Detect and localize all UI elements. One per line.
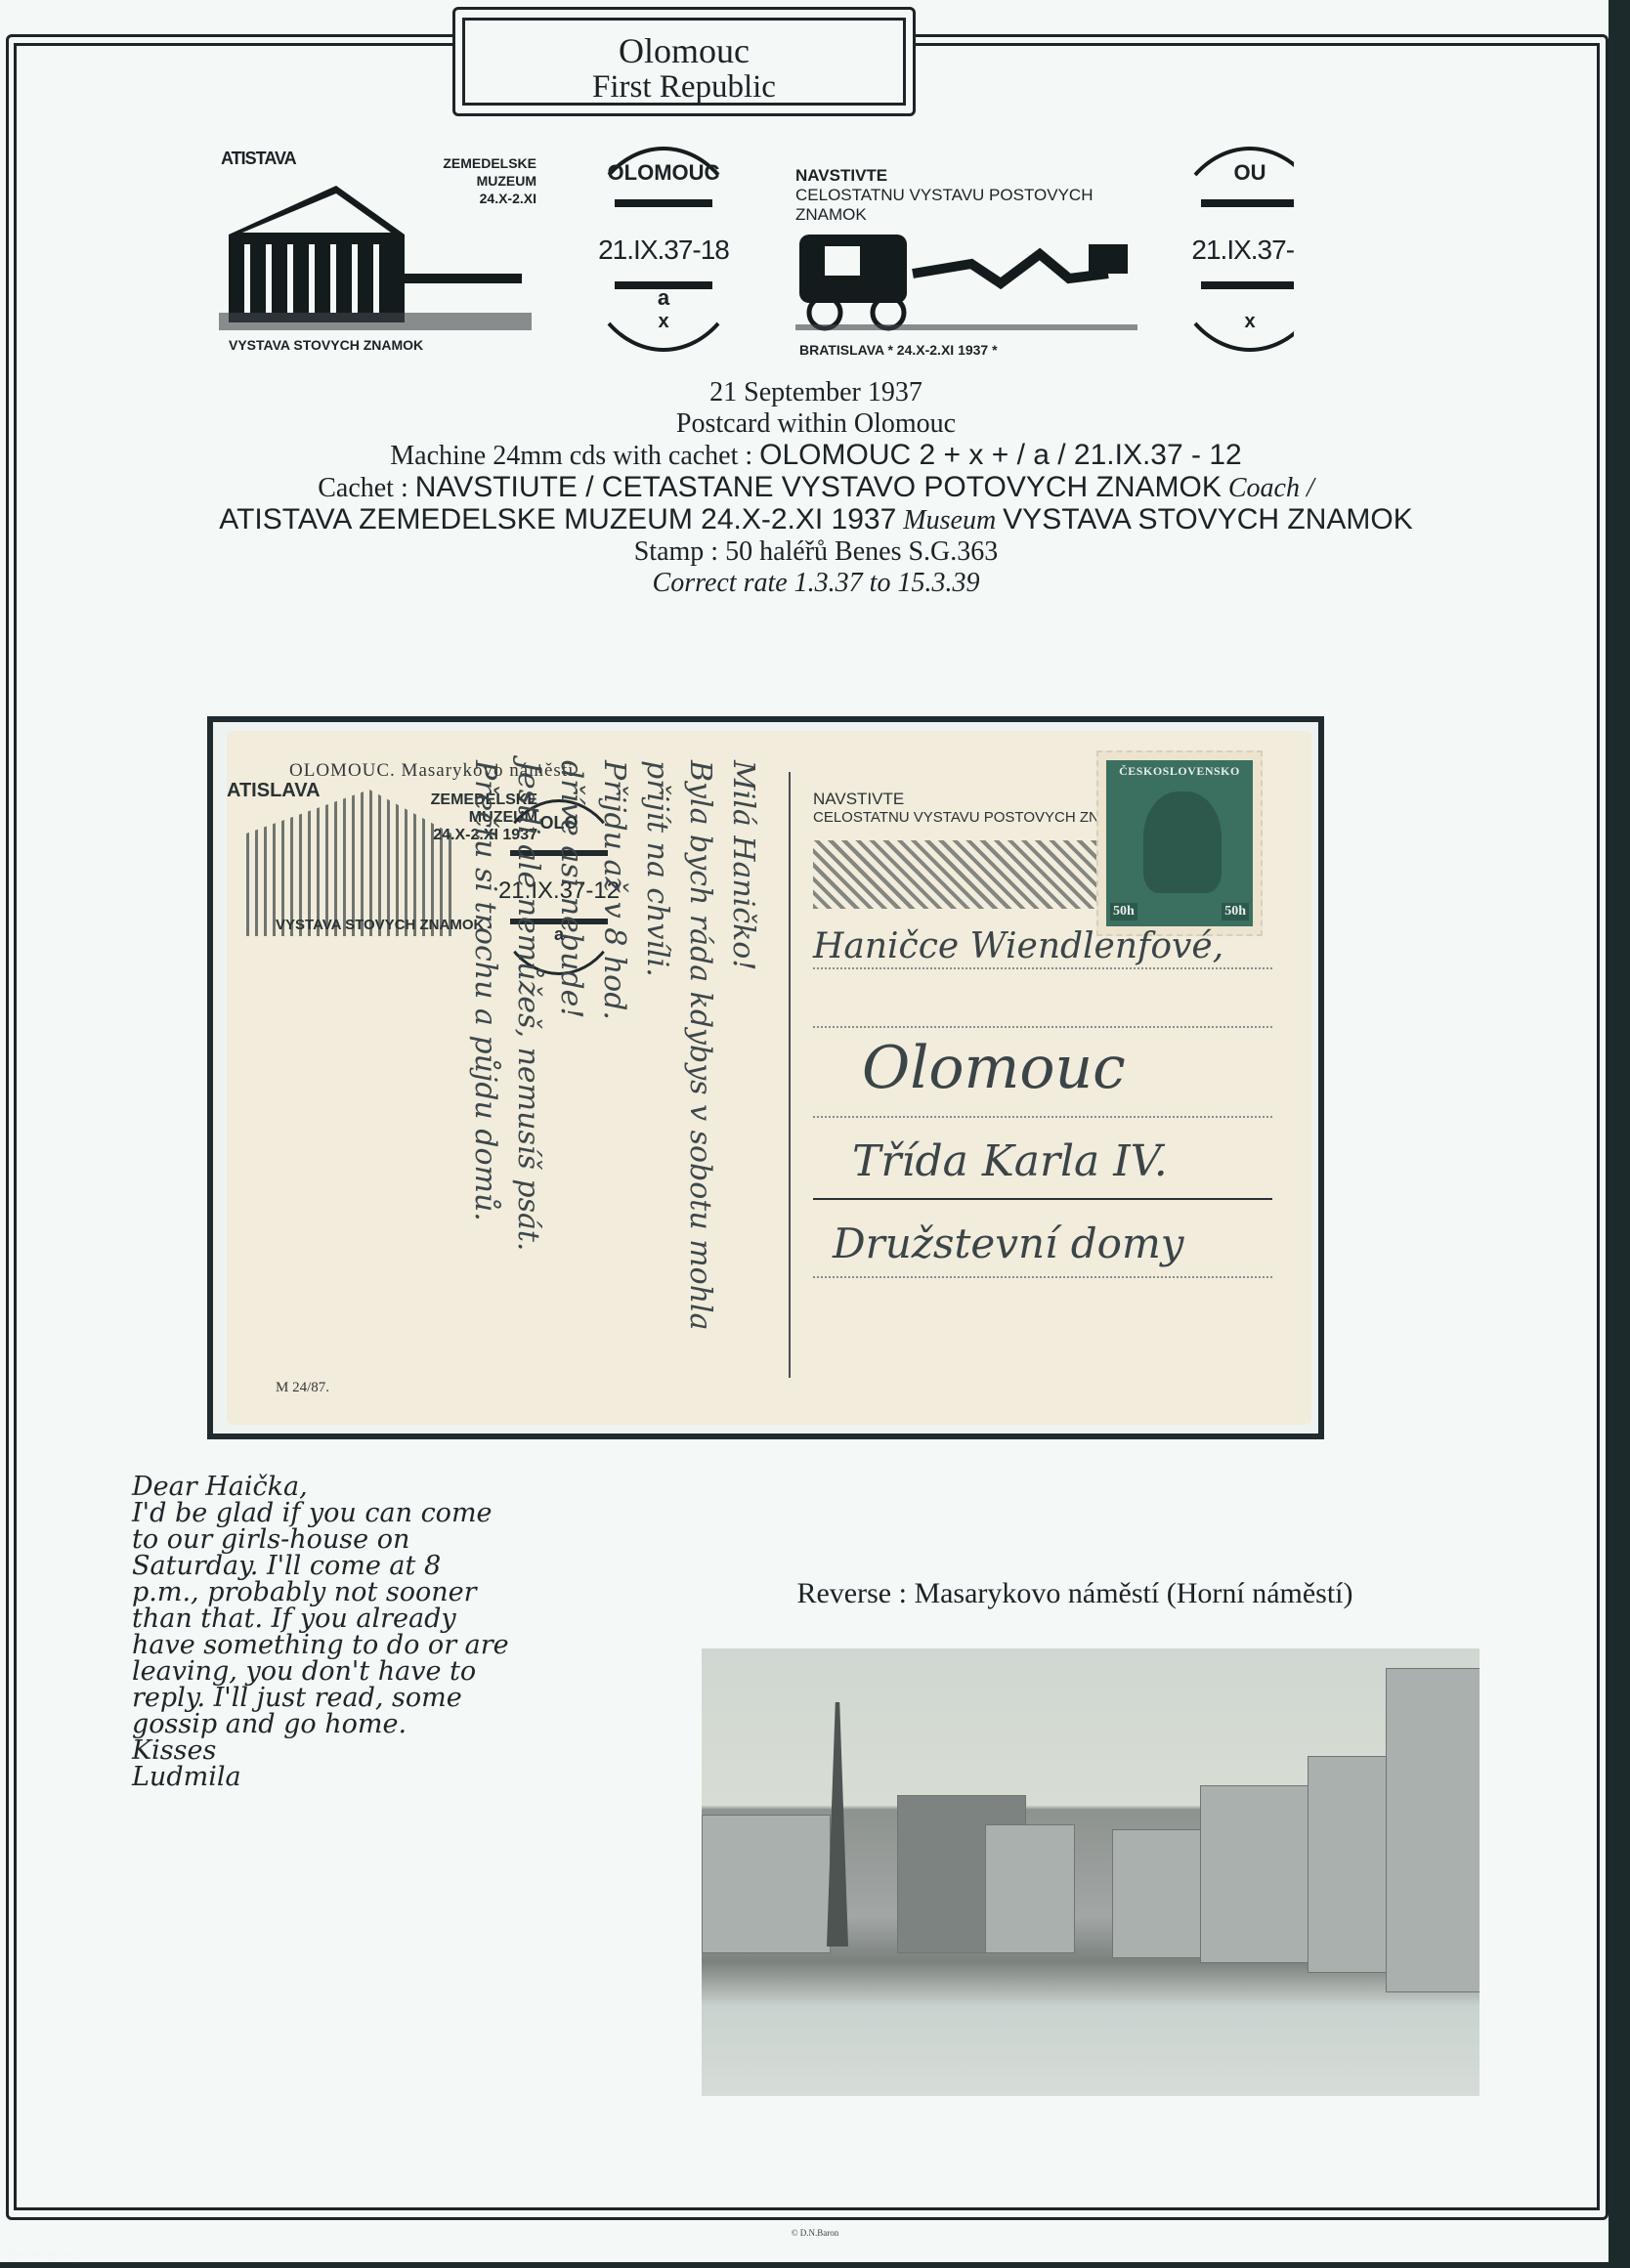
reverse-view-photo: [702, 1648, 1480, 2096]
address-divider: [789, 772, 791, 1378]
postmark-strip: ATISTAVA ZEMEDELSKE MUZEUM 24.X-2.XI VYS…: [209, 137, 1323, 371]
benes-portrait-icon: [1143, 792, 1222, 893]
postage-stamp: ČESKOSLOVENSKO 50h 50h: [1096, 750, 1263, 936]
museum-building-icon: [219, 176, 532, 332]
address-city: Olomouc: [862, 1034, 1126, 1102]
coach-cachet-line2: CELOSTATNU VYSTAVU POSTOVYCH ZNAMOK: [813, 809, 1142, 826]
message-translation: Dear Haička, I'd be glad if you can come…: [132, 1474, 679, 1790]
handwritten-message: Milá Haničko! Byla bych ráda kdybys v so…: [236, 760, 764, 1395]
museum-cachet-bottom-text: VYSTAVA STOVYCH ZNAMOK: [229, 337, 423, 353]
rate-line: Correct rate 1.3.37 to 15.3.39: [39, 568, 1593, 599]
date-line: 21 September 1937: [39, 377, 1593, 408]
scanner-edge: [1609, 0, 1630, 2268]
copyright: © D.N.Baron: [0, 2228, 1630, 2238]
coach-cachet-line1: NAVSTIVTE: [813, 790, 904, 809]
reverse-caption: Reverse : Masarykovo náměstí (Horní námě…: [684, 1577, 1466, 1610]
watermark: Derek Baron: [8, 2247, 85, 2263]
cachet-line: Cachet : NAVSTIUTE / CETASTANE VYSTAVO P…: [39, 472, 1593, 536]
cds-postmark-2: OU 21.IX.37-1 x: [1167, 137, 1294, 362]
address-street: Třída Karla IV.: [852, 1136, 1168, 1186]
printed-reference: M 24/87.: [276, 1380, 329, 1396]
title-box: Olomouc First Republic: [452, 7, 916, 116]
route-line: Postcard within Olomouc: [39, 408, 1593, 440]
museum-cachet-left-text: ATISTAVA: [221, 149, 296, 169]
museum-cachet: ATISTAVA ZEMEDELSKE MUZEUM 24.X-2.XI VYS…: [209, 137, 541, 371]
address-building: Družstevní domy: [833, 1220, 1184, 1267]
stagecoach-icon: [795, 215, 1137, 332]
coach-cachet-impression: [813, 840, 1136, 909]
page-subtitle: First Republic: [465, 69, 903, 105]
description-block: 21 September 1937 Postcard within Olomou…: [39, 377, 1593, 599]
coach-cachet: NAVSTIVTE CELOSTATNU VYSTAVU POSTOVYCH Z…: [795, 166, 1157, 371]
address-name: Haničce Wiendlenfové,: [813, 926, 1223, 966]
postcard-front: ATISLAVA ZEMEDELSKE MUZEUM24.X-2.XI 1937…: [227, 731, 1311, 1425]
cds-postmark-1: OLOMOUC 21.IX.37-18 a x: [580, 137, 747, 362]
page-title: Olomouc: [465, 32, 903, 69]
machine-line: Machine 24mm cds with cachet : OLOMOUC 2…: [39, 440, 1593, 472]
stamp-line: Stamp : 50 haléřů Benes S.G.363: [39, 536, 1593, 568]
scanner-edge-bottom: [0, 2262, 1630, 2268]
